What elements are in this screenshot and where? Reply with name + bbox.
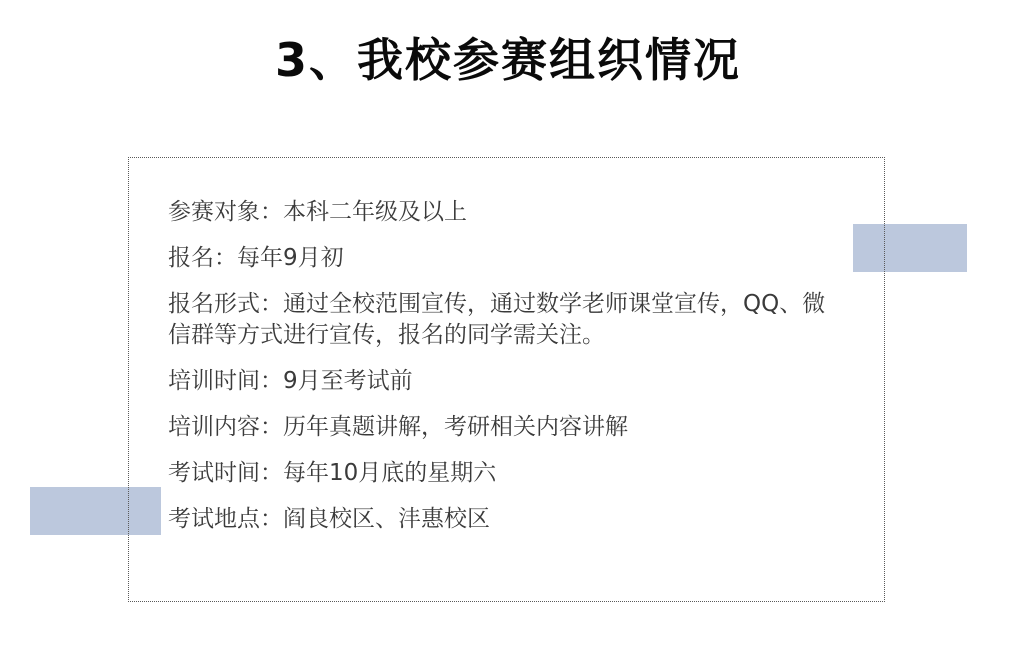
item-value: 9月至考试前	[283, 368, 413, 394]
item-label: 考试地点：	[168, 506, 283, 532]
item-label: 报名：	[168, 245, 237, 271]
item-label: 培训内容：	[168, 414, 283, 440]
info-item-exam-location: 考试地点：阎良校区、沣惠校区	[168, 504, 838, 535]
item-value: 每年9月初	[237, 245, 344, 271]
item-value: 历年真题讲解，考研相关内容讲解	[283, 414, 628, 440]
info-item-training-time: 培训时间：9月至考试前	[168, 366, 838, 397]
info-item-training-content: 培训内容：历年真题讲解，考研相关内容讲解	[168, 412, 838, 443]
info-item-registration-method: 报名形式：通过全校范围宣传，通过数学老师课堂宣传，QQ、微信群等方式进行宣传，报…	[168, 289, 838, 351]
item-label: 报名形式：	[168, 291, 283, 317]
item-label: 参赛对象：	[168, 199, 283, 225]
item-label: 培训时间：	[168, 368, 283, 394]
item-value: 每年10月底的星期六	[283, 460, 496, 486]
item-label: 考试时间：	[168, 460, 283, 486]
info-list: 参赛对象：本科二年级及以上 报名：每年9月初 报名形式：通过全校范围宣传，通过数…	[168, 197, 838, 550]
item-value: 本科二年级及以上	[283, 199, 467, 225]
info-item-exam-time: 考试时间：每年10月底的星期六	[168, 458, 838, 489]
item-value: 阎良校区、沣惠校区	[283, 506, 490, 532]
info-item-registration: 报名：每年9月初	[168, 243, 838, 274]
info-item-participants: 参赛对象：本科二年级及以上	[168, 197, 838, 228]
slide-title: 3、我校参赛组织情况	[0, 28, 1016, 92]
